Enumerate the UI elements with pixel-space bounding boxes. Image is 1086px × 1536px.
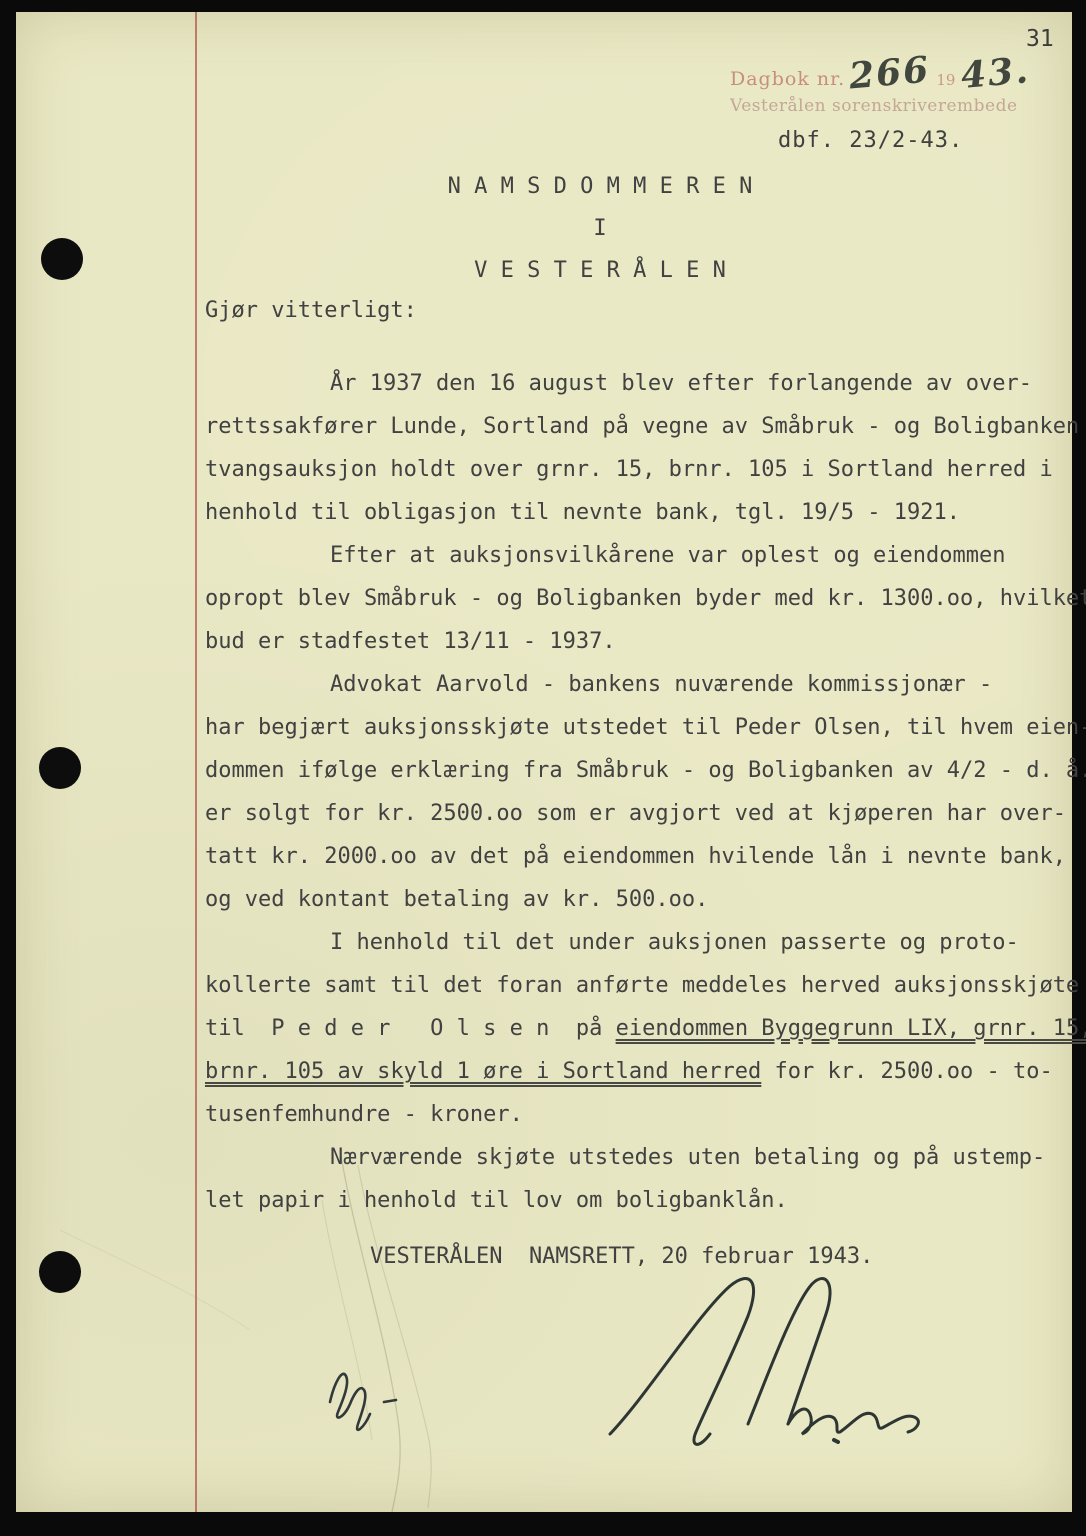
text-segment: dommen ifølge erklæring fra Småbruk - og…: [205, 758, 1086, 783]
text-segment: Efter at auksjonsvilkårene var oplest og…: [330, 543, 1006, 568]
text-segment: til P e d e r O l s e n på: [205, 1016, 616, 1041]
text-line: let papir i henhold til lov om boligbank…: [205, 1179, 1050, 1222]
text-segment: henhold til obligasjon til nevnte bank, …: [205, 500, 960, 525]
court-heading-line-1: N A M S D O M M E R E N: [205, 166, 995, 208]
paragraph: År 1937 den 16 august blev efter forlang…: [205, 362, 1050, 534]
text-line: opropt blev Småbruk - og Boligbanken byd…: [205, 577, 1050, 620]
text-segment: tusenfemhundre - kroner.: [205, 1102, 523, 1127]
text-segment: har begjært auksjonsskjøte utstedet til …: [205, 715, 1086, 740]
scanned-court-record-page: { "colors": { "paper": "#e9e8c4", "ink":…: [0, 0, 1086, 1536]
text-segment: bud er stadfestet 13/11 - 1937.: [205, 629, 616, 654]
text-segment: Nærværende skjøte utstedes uten betaling…: [330, 1145, 1045, 1170]
page-number: 31: [1026, 26, 1054, 52]
text-line: tvangsauksjon holdt over grnr. 15, brnr.…: [205, 448, 1050, 491]
text-line: til P e d e r O l s e n på eiendommen By…: [205, 1007, 1050, 1050]
paragraph: Nærværende skjøte utstedes uten betaling…: [205, 1136, 1050, 1222]
stamp-office-line: Vesterålen sorenskriverembede: [730, 96, 1060, 116]
text-segment: for kr. 2500.oo - to-: [761, 1059, 1052, 1084]
text-segment: let papir i henhold til lov om boligbank…: [205, 1188, 788, 1213]
salutation: Gjør vitterligt:: [205, 298, 417, 323]
punch-hole: [39, 747, 81, 789]
text-line: Nærværende skjøte utstedes uten betaling…: [205, 1136, 1050, 1179]
text-line: År 1937 den 16 august blev efter forlang…: [205, 362, 1050, 405]
text-line: er solgt for kr. 2500.oo som er avgjort …: [205, 792, 1050, 835]
text-line: brnr. 105 av skyld 1 øre i Sortland herr…: [205, 1050, 1050, 1093]
punch-hole: [39, 1251, 81, 1293]
journal-date-note: dbf. 23/2-43.: [778, 128, 963, 153]
text-line: har begjært auksjonsskjøte utstedet til …: [205, 706, 1050, 749]
court-heading-line-3: V E S T E R Å L E N: [205, 250, 995, 292]
text-segment: rettssakfører Lunde, Sortland på vegne a…: [205, 414, 1079, 439]
text-line: I henhold til det under auksjonen passer…: [205, 921, 1050, 964]
court-heading: N A M S D O M M E R E N I V E S T E R Å …: [205, 166, 995, 292]
text-segment: I henhold til det under auksjonen passer…: [330, 930, 1019, 955]
text-line: henhold til obligasjon til nevnte bank, …: [205, 491, 1050, 534]
text-segment: tatt kr. 2000.oo av det på eiendommen hv…: [205, 844, 1066, 869]
text-line: kollerte samt til det foran anførte medd…: [205, 964, 1050, 1007]
text-line: tatt kr. 2000.oo av det på eiendommen hv…: [205, 835, 1050, 878]
text-segment: er solgt for kr. 2500.oo som er avgjort …: [205, 801, 1066, 826]
text-line: Advokat Aarvold - bankens nuværende komm…: [205, 663, 1050, 706]
stamp-year-prefix: 19: [936, 71, 955, 89]
text-line: dommen ifølge erklæring fra Småbruk - og…: [205, 749, 1050, 792]
stamp-year-handwritten: 43.: [960, 49, 1032, 97]
text-line: rettssakfører Lunde, Sortland på vegne a…: [205, 405, 1050, 448]
stamp-number-handwritten: 266: [847, 49, 932, 98]
clerk-initials: [318, 1358, 428, 1433]
daybook-stamp: Dagbok nr. 266 19 43. Vesterålen sorensk…: [730, 52, 1060, 116]
text-line: og ved kontant betaling av kr. 500.oo.: [205, 878, 1050, 921]
document-body: År 1937 den 16 august blev efter forlang…: [205, 362, 1050, 1278]
stamp-label: Dagbok nr.: [730, 68, 845, 90]
paragraph: Efter at auksjonsvilkårene var oplest og…: [205, 534, 1050, 663]
text-segment: Advokat Aarvold - bankens nuværende komm…: [330, 672, 992, 697]
text-line: bud er stadfestet 13/11 - 1937.: [205, 620, 1050, 663]
text-segment: År 1937 den 16 august blev efter forlang…: [330, 371, 1032, 396]
text-segment: kollerte samt til det foran anførte medd…: [205, 973, 1079, 998]
underlined-text: brnr. 105 av skyld 1 øre i Sortland herr…: [205, 1059, 761, 1084]
judge-signature: [598, 1272, 928, 1452]
text-segment: og ved kontant betaling av kr. 500.oo.: [205, 887, 708, 912]
text-segment: tvangsauksjon holdt over grnr. 15, brnr.…: [205, 457, 1053, 482]
text-segment: opropt blev Småbruk - og Boligbanken byd…: [205, 586, 1086, 611]
red-margin-rule: [195, 12, 197, 1512]
text-line: Efter at auksjonsvilkårene var oplest og…: [205, 534, 1050, 577]
court-heading-line-2: I: [205, 208, 995, 250]
paragraph: I henhold til det under auksjonen passer…: [205, 921, 1050, 1136]
underlined-text: eiendommen Byggegrunn LIX, grnr. 15,: [616, 1016, 1086, 1041]
text-line: tusenfemhundre - kroner.: [205, 1093, 1050, 1136]
paragraphs: År 1937 den 16 august blev efter forlang…: [205, 362, 1050, 1222]
paragraph: Advokat Aarvold - bankens nuværende komm…: [205, 663, 1050, 921]
punch-hole: [41, 238, 83, 280]
